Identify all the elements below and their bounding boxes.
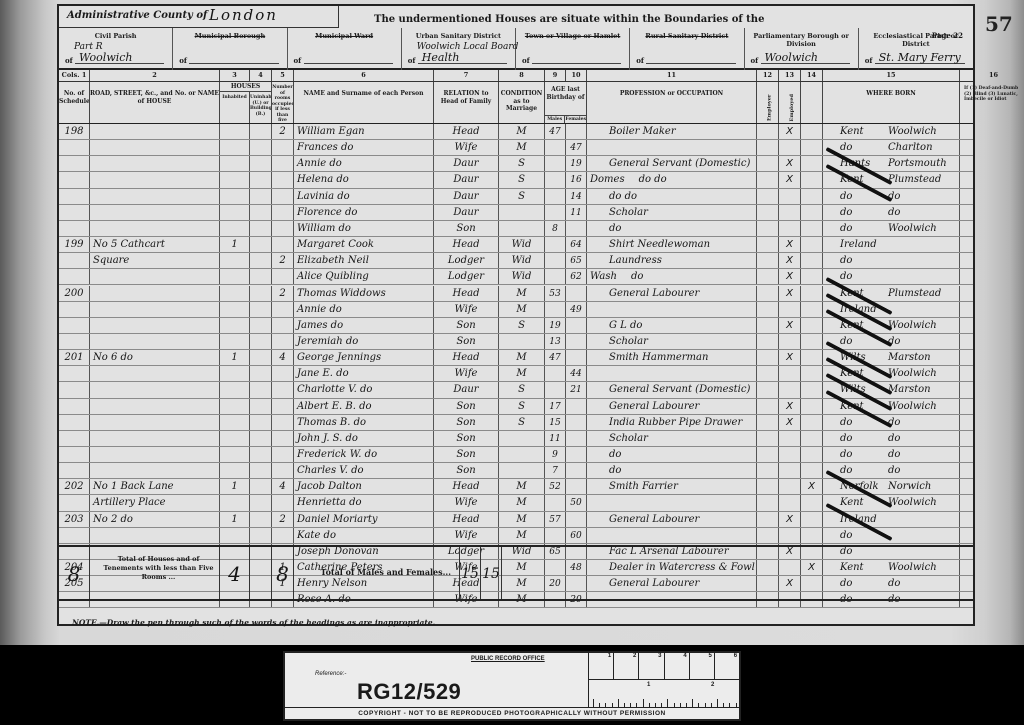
condition-cell-text: Wid: [512, 239, 532, 250]
relation-cell: Daur: [434, 189, 499, 204]
male-age-text: 53: [549, 289, 560, 299]
occupation-text: do do: [639, 174, 667, 185]
houses-group-heading: HOUSES: [220, 82, 272, 92]
uninhabited-cell: [250, 124, 272, 139]
infirmity-cell: [960, 318, 1024, 333]
where-born-cell: doCharlton: [823, 140, 960, 155]
where-born-cell: Ireland: [823, 237, 960, 252]
employer-mark: [757, 221, 779, 236]
relation-cell: Wife: [434, 302, 499, 317]
schedule-number: [59, 447, 90, 462]
neither-mark: [801, 124, 823, 139]
person-name: Charles V. do: [294, 463, 434, 478]
column-number: 14: [801, 70, 823, 81]
district-of-label: of: [751, 56, 759, 65]
census-row: Square2Elizabeth NeilLodgerWid65Laundres…: [59, 253, 973, 269]
occupation-text: Shirt Needlewoman: [609, 239, 710, 250]
district-underline: [304, 63, 393, 64]
born-town: do: [888, 417, 900, 428]
inhabited-cell: [220, 302, 250, 317]
neither-mark: [801, 495, 823, 510]
rooms-cell-text: 2: [279, 255, 285, 266]
district-value: Health: [422, 51, 460, 64]
census-row: Lavinia doDaurS14do dododo: [59, 189, 973, 205]
district-label: Town or Village or Hamlet: [516, 32, 629, 40]
employer-mark: [757, 334, 779, 349]
person-name-text: William Egan: [297, 126, 365, 137]
occupation-cell: [587, 495, 757, 510]
employed-mark: [779, 189, 801, 204]
address-cell: [90, 286, 220, 301]
infirmity-cell: [960, 479, 1024, 494]
relation-cell: Son: [434, 318, 499, 333]
uninhabited-cell: [250, 334, 272, 349]
infirmity-cell: [960, 302, 1024, 317]
total-inhabited: 4: [220, 547, 250, 599]
rooms-cell: [272, 447, 294, 462]
column-number: 6: [294, 70, 434, 81]
male-age: [545, 205, 566, 220]
schedule-number: [59, 366, 90, 381]
census-row: William doSon8dodoWoolwich: [59, 221, 973, 237]
condition-cell: M: [499, 495, 545, 510]
born-town: Marston: [888, 384, 931, 395]
neither-mark: [801, 528, 823, 543]
condition-cell: [499, 463, 545, 478]
female-age-text: 14: [570, 192, 581, 202]
condition-cell-text: M: [516, 126, 526, 137]
female-age: [566, 399, 587, 414]
male-age: [545, 156, 566, 171]
schedule-number: 199: [59, 237, 90, 252]
male-age-text: 57: [549, 515, 560, 525]
females-subheading: Females: [565, 116, 586, 123]
person-name-text: Annie do: [297, 304, 342, 315]
census-row: Helena doDaurS16Domesdo doXKentPlumstead: [59, 172, 973, 188]
address-cell-text: Square: [93, 255, 129, 266]
employed-mark-text: X: [786, 126, 793, 137]
column-number: 11: [587, 70, 757, 81]
uninhabited-cell: [250, 302, 272, 317]
relation-cell: Daur: [434, 205, 499, 220]
born-county: do: [826, 447, 888, 463]
district-field: Urban Sanitary DistrictofWoolwich Local …: [402, 28, 516, 70]
inhabited-cell: [220, 156, 250, 171]
person-name: George Jennings: [294, 350, 434, 365]
uninhabited-cell: [250, 431, 272, 446]
where-born-cell: WiltsMarston: [823, 382, 960, 397]
relation-cell-text: Head: [452, 481, 479, 492]
district-underline: [532, 63, 621, 64]
address-cell-text: Artillery Place: [93, 497, 166, 508]
condition-cell: [499, 447, 545, 462]
relation-cell: Son: [434, 334, 499, 349]
neither-mark: [801, 447, 823, 462]
schedule-number: [59, 415, 90, 430]
census-row: Frederick W. doSon9dododo: [59, 447, 973, 463]
employer-mark: [757, 447, 779, 462]
where-born-cell: KentWoolwich: [823, 495, 960, 510]
condition-cell-text: M: [516, 530, 526, 541]
occupation-text: do: [631, 271, 643, 282]
column-heading-age: AGE last Birthday ofMalesFemales: [545, 82, 587, 123]
born-county: do: [826, 415, 888, 431]
inhabited-cell: [220, 495, 250, 510]
district-field: Municipal Wardof: [288, 28, 402, 70]
born-town: do: [888, 207, 900, 218]
infirmity-cell: [960, 528, 1024, 543]
schedule-number: [59, 528, 90, 543]
rooms-cell: 2: [272, 124, 294, 139]
male-age-text: 11: [549, 434, 560, 444]
occupation-text: Boiler Maker: [609, 126, 676, 137]
employed-mark-text: X: [786, 255, 793, 266]
condition-cell: M: [499, 528, 545, 543]
inhabited-cell: 1: [220, 237, 250, 252]
person-name: Alice Quibling: [294, 269, 434, 284]
relation-cell-text: Daur: [453, 174, 478, 185]
born-county: Ireland: [826, 512, 888, 528]
column-heading-neither: Neither Employer nor Employed: [801, 82, 823, 123]
male-age: 13: [545, 334, 566, 349]
address-cell: [90, 447, 220, 462]
where-born-cell: do: [823, 253, 960, 268]
occupation-cell: Scholar: [587, 205, 757, 220]
occupation-text: Laundress: [609, 255, 662, 266]
relation-cell-text: Wife: [455, 530, 478, 541]
address-cell: [90, 318, 220, 333]
relation-cell-text: Son: [456, 417, 475, 428]
census-row: 203No 2 do12Daniel MoriartyHeadM57Genera…: [59, 512, 973, 528]
relation-cell-text: Son: [456, 320, 475, 331]
person-name: Daniel Moriarty: [294, 512, 434, 527]
schedule-number: [59, 253, 90, 268]
born-town: Woolwich: [888, 320, 937, 331]
infirmity-cell: [960, 140, 1024, 155]
column-number: Cols. 1: [59, 70, 90, 81]
female-age: 11: [566, 205, 587, 220]
employer-mark: [757, 205, 779, 220]
uninhabited-cell: [250, 447, 272, 462]
occupation-cell: Domesdo do: [587, 172, 757, 187]
employed-mark: [779, 334, 801, 349]
person-name-text: Helena do: [297, 174, 349, 185]
female-age: [566, 286, 587, 301]
column-number: 5: [272, 70, 294, 81]
column-heading-infirmity: If (1) Deaf-and-Dumb (2) Blind (3) Lunat…: [960, 82, 1024, 123]
district-label: Parliamentary Borough or Division: [745, 32, 858, 48]
rooms-cell: [272, 269, 294, 284]
condition-cell: [499, 205, 545, 220]
district-field: Civil ParishofPart RWoolwich: [59, 28, 173, 70]
person-name: Henrietta do: [294, 495, 434, 510]
condition-cell-text: S: [518, 191, 525, 202]
employer-mark: [757, 479, 779, 494]
condition-cell: Wid: [499, 253, 545, 268]
uninhabited-cell: [250, 463, 272, 478]
female-age: 62: [566, 269, 587, 284]
occupation-cell: Smith Farrier: [587, 479, 757, 494]
person-name: Jacob Dalton: [294, 479, 434, 494]
column-heading-text: Employed: [789, 94, 797, 121]
infirmity-cell: [960, 463, 1024, 478]
relation-cell-text: Son: [456, 433, 475, 444]
female-age-text: 21: [570, 385, 581, 395]
occupation-text: do: [609, 223, 621, 234]
relation-cell: Lodger: [434, 269, 499, 284]
born-town: do: [888, 433, 900, 444]
occupation-cell: India Rubber Pipe Drawer: [587, 415, 757, 430]
born-town: Woolwich: [888, 368, 937, 379]
rooms-cell-text: 2: [279, 514, 285, 525]
rooms-cell: [272, 399, 294, 414]
person-name-text: Lavinia do: [297, 191, 350, 202]
male-age-text: 8: [552, 224, 558, 234]
employer-mark: [757, 399, 779, 414]
employer-mark: [757, 415, 779, 430]
district-value: Woolwich: [79, 51, 133, 64]
where-born-cell: dodo: [823, 334, 960, 349]
occupation-cell: [587, 366, 757, 381]
person-name-text: Albert E. B. do: [297, 401, 372, 412]
relation-cell-text: Wife: [455, 142, 478, 153]
person-name: Frances do: [294, 140, 434, 155]
relation-cell-text: Wife: [455, 368, 478, 379]
male-age: [545, 237, 566, 252]
relation-cell-text: Lodger: [448, 255, 484, 266]
column-heading-condition: CONDITION as to Marriage: [499, 82, 545, 123]
born-town: Plumstead: [888, 288, 941, 299]
relation-cell-text: Son: [456, 223, 475, 234]
schedule-number-text: 202: [64, 481, 83, 492]
employer-mark: [757, 140, 779, 155]
schedule-number: [59, 205, 90, 220]
rooms-cell-text: 4: [279, 352, 285, 363]
inhabited-cell: [220, 366, 250, 381]
condition-cell: M: [499, 302, 545, 317]
uninhabited-cell: [250, 528, 272, 543]
condition-cell-text: M: [516, 497, 526, 508]
relation-cell-text: Head: [452, 126, 479, 137]
address-cell: [90, 302, 220, 317]
rooms-cell: [272, 221, 294, 236]
person-name: Lavinia do: [294, 189, 434, 204]
condition-cell: M: [499, 479, 545, 494]
employer-mark: [757, 269, 779, 284]
infirmity-cell: [960, 221, 1024, 236]
inhabited-cell: [220, 431, 250, 446]
condition-cell-text: S: [518, 320, 525, 331]
schedule-number: 201: [59, 350, 90, 365]
uninhabited-cell: [250, 140, 272, 155]
infirmity-cell: [960, 237, 1024, 252]
infirmity-cell: [960, 399, 1024, 414]
occupation-cell: do do: [587, 189, 757, 204]
relation-cell-text: Daur: [453, 191, 478, 202]
female-age-text: 64: [570, 240, 581, 250]
rooms-cell: [272, 172, 294, 187]
condition-cell-text: M: [516, 481, 526, 492]
column-number: 4: [250, 70, 272, 81]
female-age: [566, 318, 587, 333]
person-name: Thomas Widdows: [294, 286, 434, 301]
age-subheadings: MalesFemales: [545, 115, 586, 123]
female-age: [566, 431, 587, 446]
occupation-text: India Rubber Pipe Drawer: [609, 417, 742, 428]
female-age: 47: [566, 140, 587, 155]
rooms-cell: [272, 528, 294, 543]
male-age: 47: [545, 124, 566, 139]
rooms-cell: [272, 205, 294, 220]
column-heading-occupation: PROFESSION or OCCUPATION: [587, 82, 757, 123]
relation-cell-text: Wife: [455, 304, 478, 315]
schedule-number: [59, 221, 90, 236]
female-age-text: 65: [570, 256, 581, 266]
occupation-text: General Servant (Domestic): [609, 384, 750, 395]
census-row: 199No 5 Cathcart1Margaret CookHeadWid64S…: [59, 237, 973, 253]
occupation-text: General Labourer: [609, 401, 699, 412]
ruler-inch-scale: 1 2: [589, 680, 739, 708]
address-cell: Square: [90, 253, 220, 268]
rooms-cell: 4: [272, 479, 294, 494]
female-age: [566, 463, 587, 478]
female-age: [566, 350, 587, 365]
address-cell: [90, 124, 220, 139]
district-of-label: of: [522, 56, 530, 65]
female-age: 21: [566, 382, 587, 397]
born-town: do: [888, 449, 900, 460]
relation-cell-text: Son: [456, 465, 475, 476]
inhabited-cell: [220, 172, 250, 187]
column-number: 3: [220, 70, 250, 81]
inhabited-cell: [220, 124, 250, 139]
address-cell: [90, 221, 220, 236]
rooms-cell: [272, 189, 294, 204]
employed-mark-text: X: [786, 320, 793, 331]
neither-mark: [801, 189, 823, 204]
rooms-cell: 2: [272, 286, 294, 301]
male-age: 7: [545, 463, 566, 478]
neither-mark: [801, 463, 823, 478]
employed-mark: [779, 382, 801, 397]
rooms-cell: 2: [272, 512, 294, 527]
male-age: 47: [545, 350, 566, 365]
where-born-cell: HantsPortsmouth: [823, 156, 960, 171]
relation-cell: Head: [434, 286, 499, 301]
person-name-text: Frances do: [297, 142, 353, 153]
occupation-cell: General Servant (Domestic): [587, 156, 757, 171]
born-county: Kent: [826, 172, 888, 188]
employer-mark: [757, 286, 779, 301]
where-born-cell: KentWoolwich: [823, 366, 960, 381]
column-number: 9: [545, 70, 566, 81]
stamped-folio-number: 57: [985, 12, 1013, 36]
rooms-cell: [272, 334, 294, 349]
ruler-mark: 6: [715, 653, 739, 679]
female-age-text: 47: [570, 143, 581, 153]
district-of-label: of: [636, 56, 644, 65]
rooms-cell: [272, 302, 294, 317]
address-cell: [90, 463, 220, 478]
occupation-cell: Boiler Maker: [587, 124, 757, 139]
female-age: [566, 479, 587, 494]
condition-cell-text: Wid: [512, 271, 532, 282]
district-field: Town or Village or Hamletof: [516, 28, 630, 70]
person-name: Jeremiah do: [294, 334, 434, 349]
person-name: Margaret Cook: [294, 237, 434, 252]
schedule-number-text: 200: [64, 288, 83, 299]
schedule-number: [59, 140, 90, 155]
inhabited-cell: [220, 528, 250, 543]
neither-mark: [801, 350, 823, 365]
relation-cell-text: Son: [456, 336, 475, 347]
occupation-cell: Shirt Needlewoman: [587, 237, 757, 252]
inhabited-cell: [220, 399, 250, 414]
female-age: 44: [566, 366, 587, 381]
uninhabited-cell: [250, 479, 272, 494]
female-age: 64: [566, 237, 587, 252]
where-born-cell: do: [823, 528, 960, 543]
uninhabited-cell: [250, 253, 272, 268]
employer-mark: [757, 189, 779, 204]
inhabited-cell: [220, 269, 250, 284]
column-number: 15: [823, 70, 960, 81]
employed-mark: X: [779, 286, 801, 301]
female-age-text: 60: [570, 531, 581, 541]
uninhabited-cell: [250, 512, 272, 527]
district-of-label: of: [179, 56, 187, 65]
relation-cell-text: Daur: [453, 207, 478, 218]
person-name-text: Charles V. do: [297, 465, 364, 476]
condition-cell-text: M: [516, 514, 526, 525]
born-town: Portsmouth: [888, 158, 947, 169]
person-name-text: Jeremiah do: [297, 336, 358, 347]
rooms-cell: 2: [272, 253, 294, 268]
uninhabited-cell: [250, 189, 272, 204]
person-name: Annie do: [294, 156, 434, 171]
column-heading-address: ROAD, STREET, &c., and No. or NAME of HO…: [90, 82, 220, 123]
male-age: 19: [545, 318, 566, 333]
occupation-cell: General Servant (Domestic): [587, 382, 757, 397]
male-age-text: 15: [549, 418, 560, 428]
infirmity-cell: [960, 156, 1024, 171]
column-heading-where-born: WHERE BORN: [823, 82, 960, 123]
uninhabited-cell: [250, 237, 272, 252]
born-town: Woolwich: [888, 126, 937, 137]
person-name: Florence do: [294, 205, 434, 220]
employer-mark: [757, 172, 779, 187]
neither-mark: [801, 318, 823, 333]
condition-cell: M: [499, 124, 545, 139]
schedule-number: 203: [59, 512, 90, 527]
male-age: [545, 495, 566, 510]
occupation-cell: [587, 302, 757, 317]
inhabited-cell: [220, 382, 250, 397]
occupation-cell: do: [587, 447, 757, 462]
district-label: Municipal Ward: [288, 32, 401, 40]
employer-mark: [757, 382, 779, 397]
person-name-text: Florence do: [297, 207, 357, 218]
column-heading-employed: Employed: [779, 82, 801, 123]
born-town: Woolwich: [888, 401, 937, 412]
employed-mark-text: X: [786, 417, 793, 428]
condition-cell: S: [499, 415, 545, 430]
district-field: Ecclesiastical Parish or DistrictofSt. M…: [859, 28, 973, 70]
male-age-text: 47: [549, 353, 560, 363]
condition-cell: Wid: [499, 237, 545, 252]
infirmity-cell: [960, 512, 1024, 527]
male-age: [545, 189, 566, 204]
